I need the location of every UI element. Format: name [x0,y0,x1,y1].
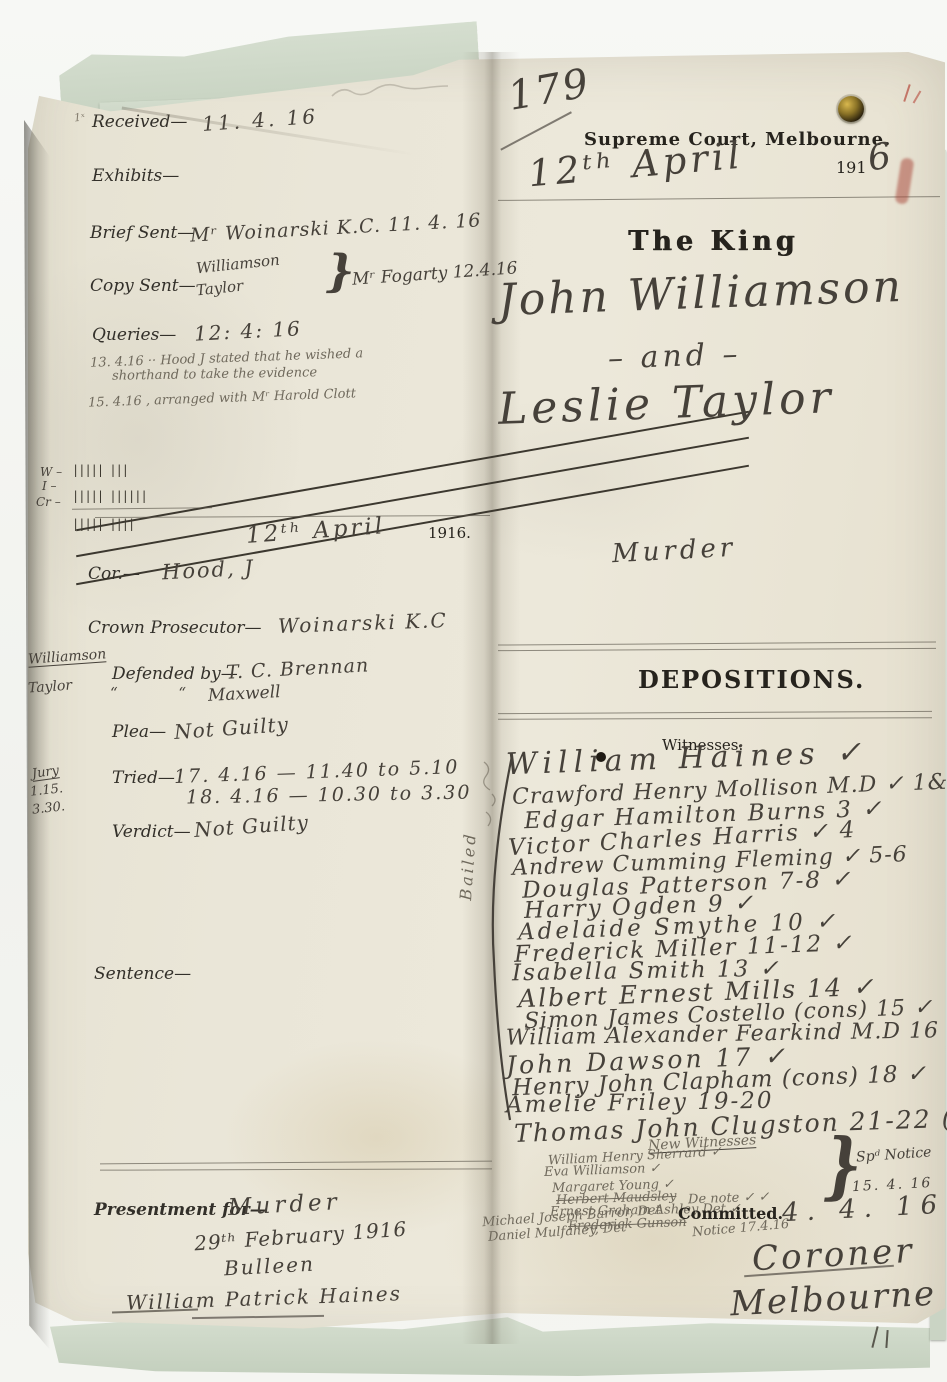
copy-sent-brace: } [326,250,354,294]
presentment-value: Murder [227,1191,341,1220]
tally-w-marks: ||||| ||| [72,464,947,476]
tally-i-marks: ||||| |||||| [72,490,947,502]
defended-by-ditto: “ “ [110,686,214,701]
received-prefix-scribble: 1ˣ [73,111,85,123]
defendant-2: Leslie Taylor [497,376,835,432]
queries-label: Queries— [92,327,176,344]
verdict-label: Verdict— [112,824,191,841]
queries-value: 12: 4: 16 [194,318,303,344]
cor-label: Cor.— [88,566,140,583]
tally-cr-marks: ||||| |||| [72,518,947,530]
new-witness-row-2: Eva Williamson ✓ [544,1162,661,1179]
sentence-label: Sentence— [94,966,191,983]
coroner-place: Melbourne [729,1277,937,1322]
case-title: The King [628,228,799,255]
defended-by-value-2: Maxwell [208,684,281,705]
hearing-year-left: 1916. [428,526,471,541]
tried-line-2: 18. 4.16 — 10.30 to 3.30 [186,784,472,808]
center-fold [462,52,520,1344]
pencil-scribble-top [330,82,450,104]
tally-i-label: I – [42,480,57,492]
year-handwritten: 6 [866,139,894,178]
and-separator: – and – [608,340,742,375]
tally-w-label: W – [40,466,62,478]
depositions-heading: DEPOSITIONS. [638,668,865,692]
jury-margin-time-2: 3.30. [31,800,65,816]
crown-prosecutor-value: Woinarski K.C [278,610,448,636]
brass-fastener-icon [838,96,864,122]
page-edge-shadow [24,120,50,1350]
cor-value: Hood, J [162,558,256,584]
year-printed: 191 [836,160,867,176]
plea-label: Plea— [112,724,166,741]
tally-cr-label: Cr – [36,496,61,508]
defended-by-label: Defended by— [112,666,238,683]
bailed-annotation: Bailed [458,831,479,901]
crown-prosecutor-label: Crown Prosecutor— [88,620,262,637]
tried-label: Tried— [112,770,175,787]
brief-sent-label: Brief Sent— [90,225,194,242]
copy-sent-label: Copy Sent— [90,278,196,295]
jury-margin-time-1: 1.15. [29,782,63,798]
note-hood-shorthand-line2: shorthand to take the evidence [112,366,317,383]
presentment-place: Bulleen [224,1254,316,1279]
margin-taylor: Taylor [28,678,73,695]
margin-scribbles [478,758,504,838]
exhibits-label: Exhibits— [92,168,179,185]
charge: Murder [611,535,736,567]
scanned-court-document: { "colors":{"paper":"#e9e5d6","undershee… [0,0,947,1382]
